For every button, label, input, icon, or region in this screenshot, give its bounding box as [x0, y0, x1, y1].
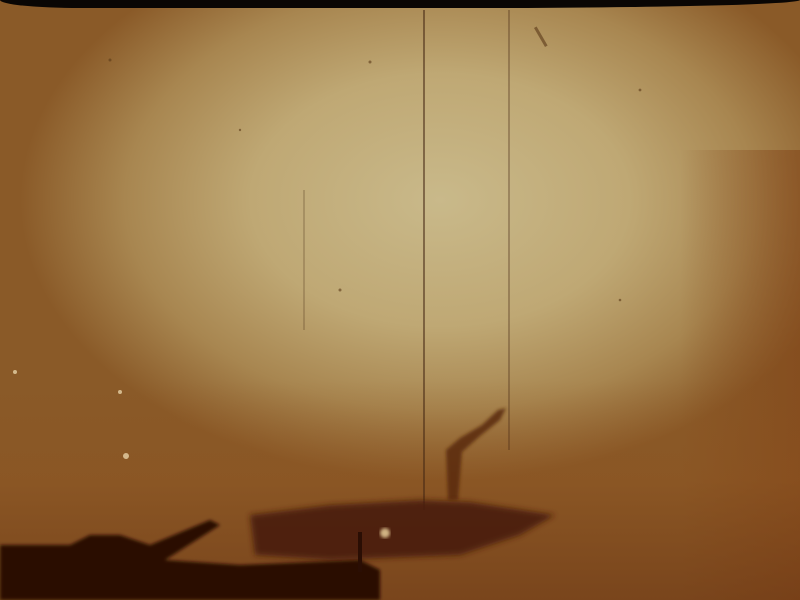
smoke-plume: [446, 408, 506, 500]
film-frame: [0, 0, 800, 600]
ship-silhouettes: [0, 0, 800, 600]
light-spot: [380, 528, 390, 538]
mast: [358, 532, 362, 572]
distant-ship: [250, 500, 555, 560]
